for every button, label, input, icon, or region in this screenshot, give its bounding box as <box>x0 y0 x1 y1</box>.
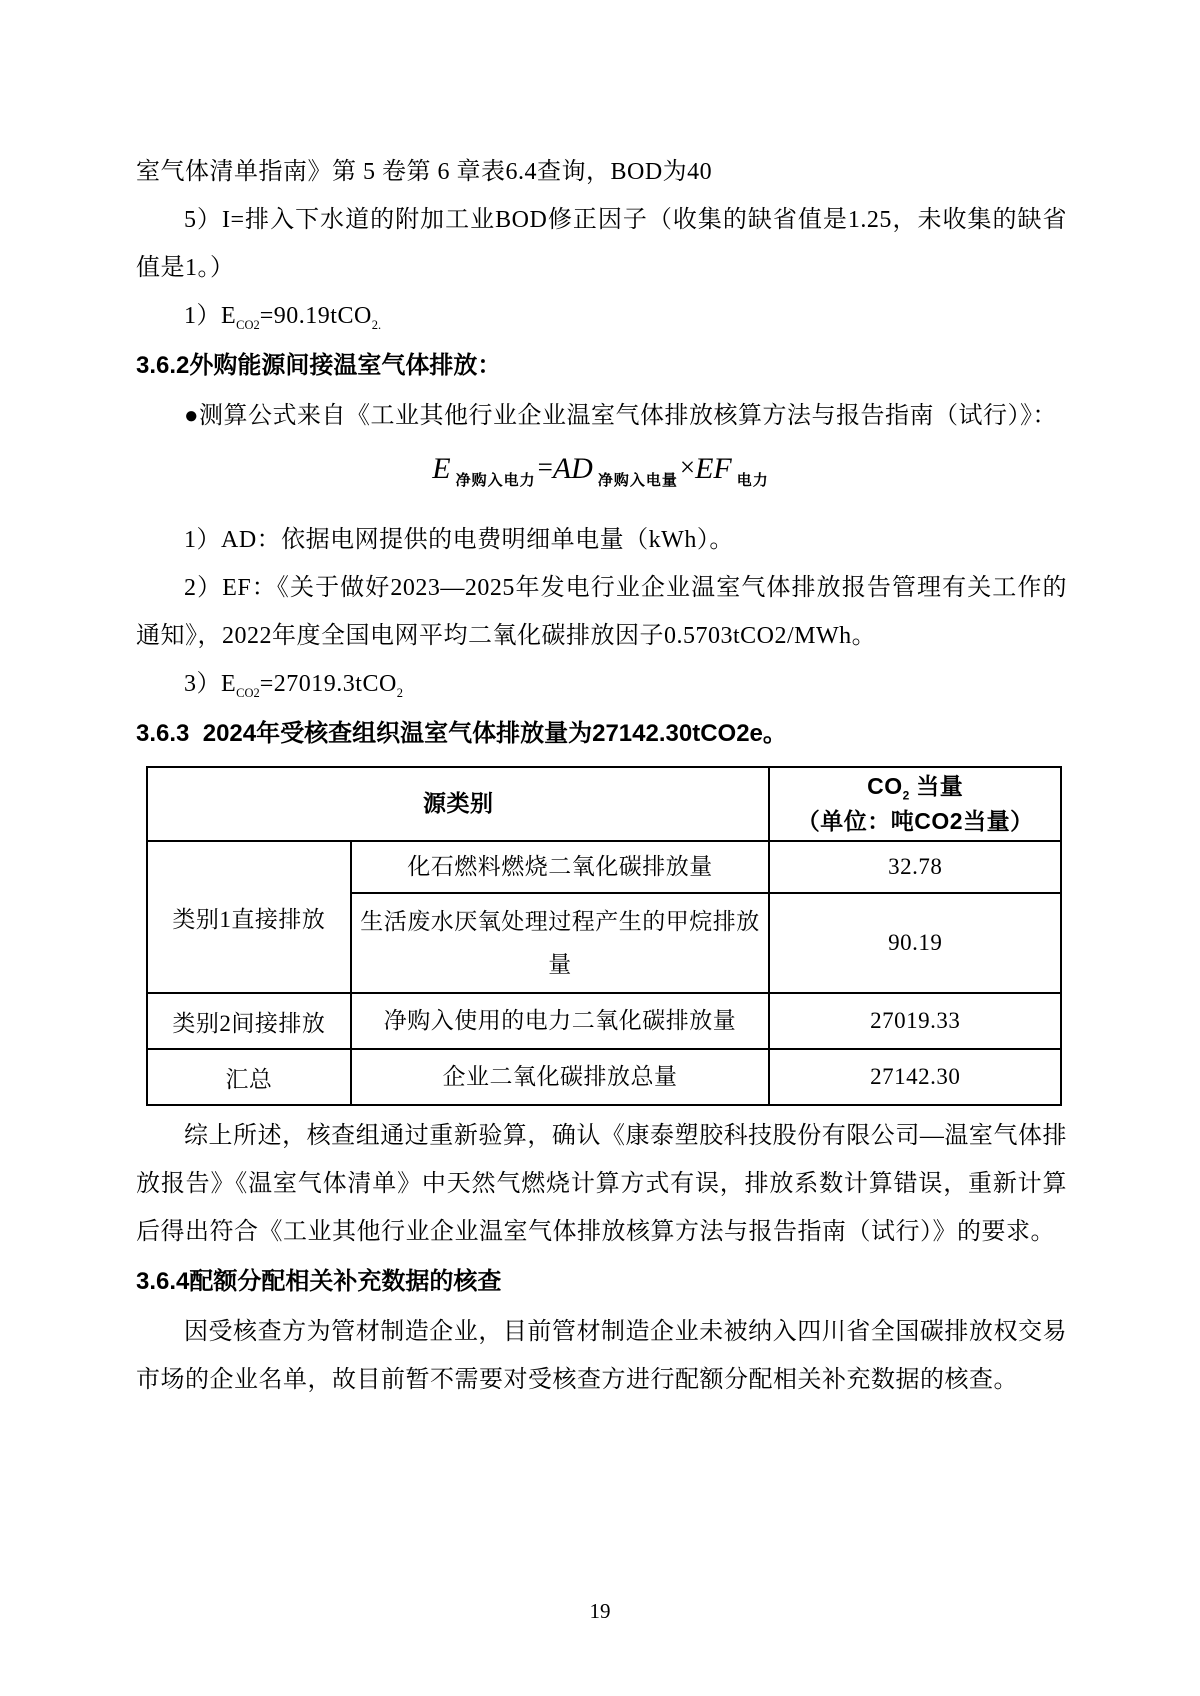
table-header-co2-equivalent: CO2 当量 （单位：吨CO2当量） <box>769 767 1061 841</box>
page-number: 19 <box>0 1599 1200 1624</box>
subscript-2: 2 <box>397 686 403 700</box>
equals-sign: = <box>538 452 553 482</box>
cell-source-purchased-electricity: 净购入使用的电力二氧化碳排放量 <box>351 993 770 1049</box>
para-bod-correction-factor: 5）I=排入下水道的附加工业BOD修正因子（收集的缺省值是1.25，未收集的缺省… <box>136 196 1067 292</box>
cell-value-purchased-electricity: 27019.33 <box>769 993 1061 1049</box>
formula-var-ad: AD <box>553 452 593 485</box>
heading-3-6-4: 3.6.4配额分配相关补充数据的核查 <box>136 1258 1067 1306</box>
document-page: 室气体清单指南》第 5 卷第 6 章表6.4查询，BOD为40 5）I=排入下水… <box>0 0 1200 1696</box>
cell-value-enterprise-total: 27142.30 <box>769 1049 1061 1105</box>
cell-value-wastewater-methane: 90.19 <box>769 893 1061 993</box>
subscript-co2: CO2 <box>236 318 260 332</box>
cell-value-fossil-fuel: 32.78 <box>769 841 1061 893</box>
table-row: 类别1直接排放 化石燃料燃烧二氧化碳排放量 32.78 <box>147 841 1061 893</box>
subscript-co2: CO2 <box>236 686 260 700</box>
text-run: CO <box>867 773 903 799</box>
cell-source-wastewater-methane: 生活废水厌氧处理过程产生的甲烷排放量 <box>351 893 770 993</box>
text-run: 1）E <box>184 303 236 329</box>
para-formula-source: ●测算公式来自《工业其他行业企业温室气体排放核算方法与报告指南（试行）》： <box>136 392 1067 440</box>
header-label: 源类别 <box>423 790 494 816</box>
page-content: 室气体清单指南》第 5 卷第 6 章表6.4查询，BOD为40 5）I=排入下水… <box>136 148 1067 1404</box>
table-header-row: 源类别 CO2 当量 （单位：吨CO2当量） <box>147 767 1061 841</box>
formula-purchased-electricity: E净购入电力=AD净购入电量×EF电力 <box>136 452 1067 490</box>
cell-category-total: 汇总 <box>147 1049 351 1105</box>
table-row: 汇总 企业二氧化碳排放总量 27142.30 <box>147 1049 1061 1105</box>
header-unit-line: （单位：吨CO2当量） <box>776 805 1054 838</box>
cell-source-fossil-fuel: 化石燃料燃烧二氧化碳排放量 <box>351 841 770 893</box>
table-header-source-category: 源类别 <box>147 767 769 841</box>
formula-sub-net-purchased-electricity: 净购入电力 <box>456 473 536 489</box>
para-quota-allocation: 因受核查方为管材制造企业，目前管材制造企业未被纳入四川省全国碳排放权交易市场的企… <box>136 1308 1067 1404</box>
formula-sub-electricity: 电力 <box>737 473 769 489</box>
subscript-2: 2. <box>372 318 381 332</box>
formula-var-ef: EF <box>695 452 732 485</box>
table-row: 类别2间接排放 净购入使用的电力二氧化碳排放量 27019.33 <box>147 993 1061 1049</box>
text-run: =27019.3tCO <box>260 671 397 697</box>
cell-source-enterprise-total: 企业二氧化碳排放总量 <box>351 1049 770 1105</box>
para-ad-definition: 1）AD：依据电网提供的电费明细单电量（kWh）。 <box>136 516 1067 564</box>
formula-sub-net-purchased-amount: 净购入电量 <box>598 473 678 489</box>
para-guideline-continuation: 室气体清单指南》第 5 卷第 6 章表6.4查询，BOD为40 <box>136 148 1067 196</box>
text-run: 当量 <box>909 773 963 799</box>
formula-var-e: E <box>432 452 450 485</box>
heading-3-6-3: 3.6.3 2024年受核查组织温室气体排放量为27142.30tCO2e。 <box>136 710 1067 758</box>
text-run: =90.19tCO <box>260 303 372 329</box>
emissions-table: 源类别 CO2 当量 （单位：吨CO2当量） 类别1直接排放 化石燃料燃烧二氧化… <box>146 766 1062 1106</box>
para-ef-definition: 2）EF：《关于做好2023—2025年发电行业企业温室气体排放报告管理有关工作… <box>136 564 1067 660</box>
line-eco2-ch4-result: 1）ECO2=90.19tCO2. <box>136 292 1067 340</box>
text-run: 测算公式来自《工业其他行业企业温室气体排放核算方法与报告指南（试行）》： <box>199 403 1057 429</box>
cell-category-1-direct: 类别1直接排放 <box>147 841 351 993</box>
header-co2-line: CO2 当量 <box>776 770 1054 805</box>
bullet-icon: ● <box>184 403 199 429</box>
line-eco2-electricity-result: 3）ECO2=27019.3tCO2 <box>136 660 1067 708</box>
heading-3-6-2: 3.6.2外购能源间接温室气体排放： <box>136 342 1067 390</box>
cell-category-2-indirect: 类别2间接排放 <box>147 993 351 1049</box>
text-run: 3）E <box>184 671 236 697</box>
para-conclusion: 综上所述，核查组通过重新验算，确认《康泰塑胶科技股份有限公司—温室气体排放报告》… <box>136 1112 1067 1256</box>
multiply-sign: × <box>680 452 695 482</box>
